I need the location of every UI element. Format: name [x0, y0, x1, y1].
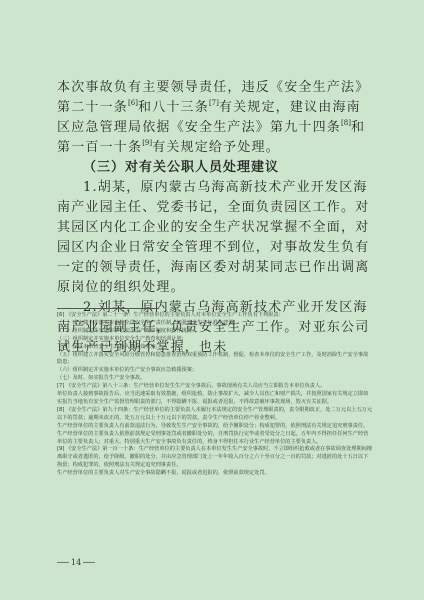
footnote-line: 单位负责人接到事故报告后，应当迅速采取有效措施，组织抢救，防止事故扩大，减少人员… [57, 391, 373, 407]
footnote-ref-9[interactable]: [9] [142, 139, 152, 147]
text-segment: 有关规定给予处理。 [152, 140, 280, 155]
document-page: 本次事故负有主要领导责任，违反《安全生产法》第二十一条[6]和八十三条[7]有关… [0, 0, 424, 600]
dash-right [83, 562, 95, 563]
footnote-line: （三）组织制定并实施本单位安全生产教育和培训计划； [57, 336, 373, 344]
footnote-line: （四）保证本单位安全生产投入的有效实施； [57, 344, 373, 352]
paragraph-continuation: 本次事故负有主要领导责任，违反《安全生产法》第二十一条[6]和八十三条[7]有关… [57, 78, 373, 158]
footnote-ref-7[interactable]: [7] [209, 99, 219, 107]
footnote-line: [7] 《安全生产法》第八十三条：生产经营单位发生生产安全事故后，事故现场有关人… [57, 383, 373, 391]
footnote-line: （五）组织建立并落实安全风险分级管控和隐患排查治理双重预防工作机制，督促、检查本… [57, 352, 373, 368]
footnote-line: （二）组织制定并实施本单位安全生产规章制度和操作规程； [57, 328, 373, 336]
text-segment: 和八十三条 [138, 100, 209, 115]
footnote-line: 生产经营单位的主要负责人依照前款规定受刑事处罚或者撤职处分的，自刑罚执行完毕或者… [57, 431, 373, 447]
footnote-line: [6] 《安全生产法》第二十一条：生产经营单位的主要负责人对本单位安全生产工作负… [57, 312, 373, 320]
footnote-line: 生产经营单位的主要负责人有前款违法行为，导致发生生产安全事故的，给予撤职处分；构… [57, 423, 373, 431]
paragraph-hu: 1.胡某，原内蒙古乌海高新技术产业开发区海南产业园主任、党委书记，全面负责园区工… [57, 178, 373, 298]
footnote-line: [9] 《安全生产法》第一百一十条：生产经营单位的主要负责人在本单位发生生产安全… [57, 446, 373, 470]
page-number: 14 [57, 558, 95, 567]
dash-left [57, 562, 69, 563]
page-number-value: 14 [71, 558, 81, 567]
footnote-line: （七）及时、如实报告生产安全事故。 [57, 375, 373, 383]
footnote-ref-8[interactable]: [8] [341, 119, 351, 127]
footnotes: [6] 《安全生产法》第二十一条：生产经营单位的主要负责人对本单位安全生产工作负… [57, 312, 373, 478]
footnote-divider [57, 308, 159, 309]
footnote-ref-6[interactable]: [6] [128, 99, 138, 107]
section-heading: （三）对有关公职人员处理建议 [57, 158, 373, 178]
footnote-line: （一）建立健全并落实本单位全员安全生产责任制，加强安全生产标准化建设； [57, 320, 373, 328]
footnote-line: [8] 《安全生产法》第九十四条：生产经营单位的主要负责人未履行本法规定的安全生… [57, 407, 373, 423]
footnote-line: 生产经营单位的主要负责人对生产安全事故隐瞒不报、谎报或者迟报的，依照前款规定处罚… [57, 470, 373, 478]
